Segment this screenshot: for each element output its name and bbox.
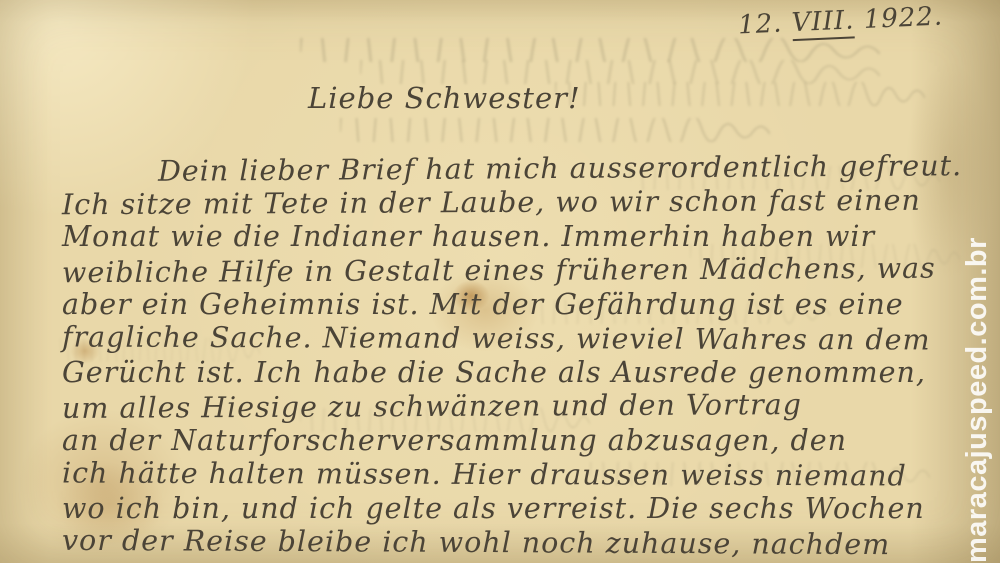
letter-body-line: ich hätte halten müssen. Hier draussen w… — [62, 460, 907, 491]
bleed-through-line — [300, 38, 880, 62]
letter-body-line: fragliche Sache. Niemand weiss, wieviel … — [62, 323, 931, 355]
letter-body-line: um alles Hiesige zu schwänzen und den Vo… — [62, 391, 802, 423]
bleed-through-line — [340, 118, 770, 142]
letter-body-line: weibliche Hilfe in Gestalt eines frühere… — [62, 255, 936, 288]
letter-body-line: vor der Reise bleibe ich wohl noch zuhau… — [62, 527, 890, 560]
letter-body-line: an der Naturforscherversammlung abzusage… — [62, 427, 847, 456]
letter-date: 12. VIII. 1922. — [738, 4, 944, 39]
date-month: VIII. — [791, 5, 855, 41]
site-watermark: maracajuspeed.com.br — [960, 151, 994, 563]
letter-body-line: aber ein Geheimnis ist. Mit der Gefährdu… — [62, 291, 904, 320]
letter-body-line: Monat wie die Indianer hausen. Immerhin … — [62, 223, 875, 252]
letter-scan: 12. VIII. 1922. Liebe Schwester! Dein li… — [0, 0, 1000, 563]
letter-body-line: Dein lieber Brief hat mich ausserordentl… — [158, 152, 962, 186]
date-day: 12. — [737, 9, 783, 41]
letter-body-line: wo ich bin, und ich gelte als verreist. … — [62, 495, 925, 524]
date-year: 1922. — [863, 2, 944, 35]
letter-body-line: Gerücht ist. Ich habe die Sache als Ausr… — [62, 359, 926, 388]
salutation: Liebe Schwester! — [308, 84, 581, 113]
letter-body-line: Ich sitze mit Tete in der Laube, wo wir … — [62, 187, 921, 220]
bleed-through-line — [555, 82, 925, 106]
